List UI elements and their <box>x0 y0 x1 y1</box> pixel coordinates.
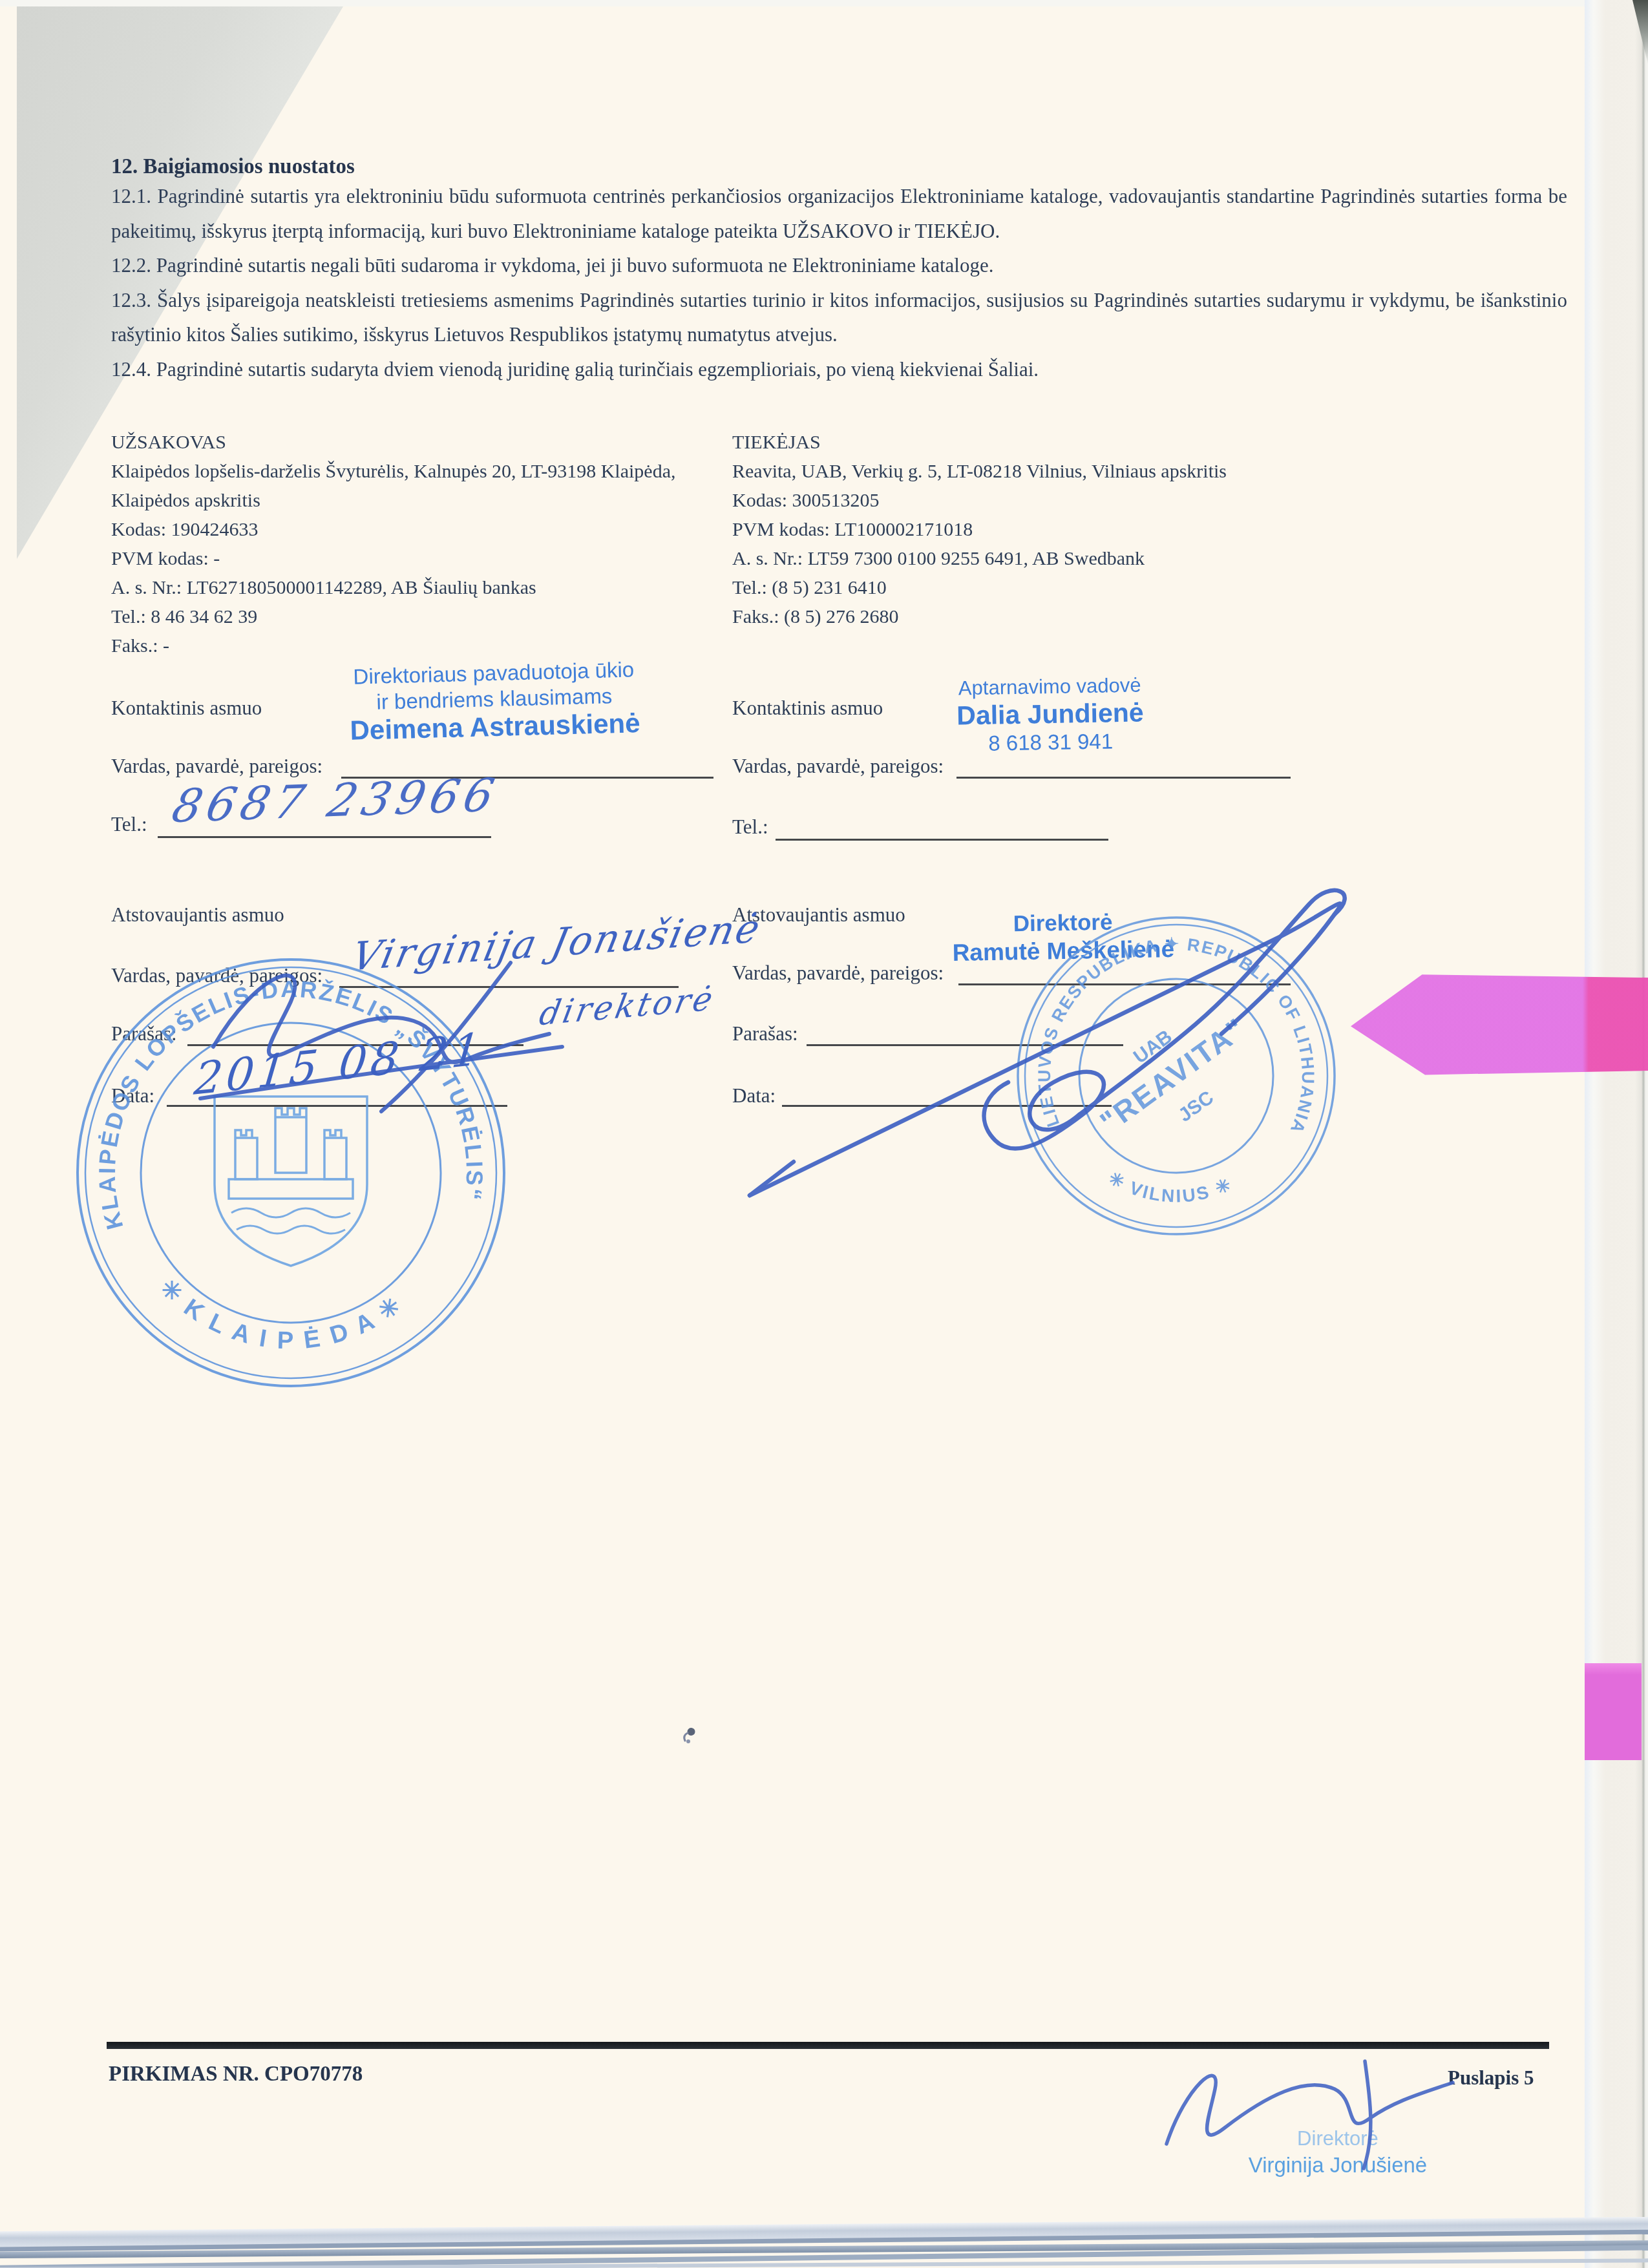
party-line: PVM kodas: LT100002171018 <box>732 515 1379 544</box>
party-line: Klaipėdos lopšelis-darželis Švyturėlis, … <box>111 457 732 486</box>
field-line-tel-right <box>776 839 1108 841</box>
scanned-contract-page: 12. Baigiamosios nuostatos 12.1. Pagrind… <box>0 0 1648 2268</box>
label-contact-person-right: Kontaktinis asmuo <box>732 697 883 720</box>
party-line: A. s. Nr.: LT627180500001142289, AB Šiau… <box>111 573 732 602</box>
footer-signature-scribble <box>1150 2047 1474 2176</box>
stamp-phone: 8 618 31 941 <box>937 727 1164 758</box>
party-line: Reavita, UAB, Verkių g. 5, LT-08218 Viln… <box>732 457 1379 486</box>
paragraph-12-1: 12.1. Pagrindinė sutartis yra elektronin… <box>111 179 1567 248</box>
stamp-line: Aptarnavimo vadovė <box>936 673 1163 701</box>
stamp-name: Dalia Jundienė <box>937 697 1164 731</box>
label-tel-left: Tel.: <box>111 813 147 836</box>
paragraph-12-3: 12.3. Šalys įsipareigoja neatskleisti tr… <box>111 283 1567 352</box>
party-tiekejas: TIEKĖJAS Reavita, UAB, Verkių g. 5, LT-0… <box>732 428 1379 631</box>
label-representative-left: Atstovaujantis asmuo <box>111 903 284 927</box>
field-line-name-right <box>956 777 1291 779</box>
party-line: Tel.: (8 5) 231 6410 <box>732 573 1379 602</box>
party-line: Klaipėdos apskritis <box>111 486 732 515</box>
page-edge-strip <box>1585 0 1648 2268</box>
party-line: Kodas: 300513205 <box>732 486 1379 515</box>
party-title: UŽSAKOVAS <box>111 428 732 457</box>
handwritten-phone: 8687 23966 <box>167 768 503 833</box>
stamp-contact-left: Direktoriaus pavaduotoja ūkio ir bendrie… <box>332 656 657 746</box>
purchase-number: PIRKIMAS NR. CPO70778 <box>109 2063 363 2086</box>
stamp-contact-right: Aptarnavimo vadovė Dalia Jundienė 8 618 … <box>936 673 1164 758</box>
field-line-tel-left <box>158 836 491 838</box>
party-line: A. s. Nr.: LT59 7300 0100 9255 6491, AB … <box>732 544 1379 573</box>
pink-arrow-tab <box>1351 972 1648 1076</box>
section-heading: 12. Baigiamosios nuostatos <box>111 155 1567 179</box>
signature-scribble-left <box>162 950 575 1131</box>
party-title: TIEKĖJAS <box>732 428 1379 457</box>
paragraph-12-4: 12.4. Pagrindinė sutartis sudaryta dviem… <box>111 352 1567 387</box>
paragraph-12-2: 12.2. Pagrindinė sutartis negali būti su… <box>111 248 1567 283</box>
section-12: 12. Baigiamosios nuostatos 12.1. Pagrind… <box>111 155 1567 386</box>
label-name-role-left1: Vardas, pavardė, pareigos: <box>111 755 322 778</box>
party-line: PVM kodas: - <box>111 544 732 573</box>
scan-streaks <box>0 2210 1648 2268</box>
label-tel-right: Tel.: <box>732 815 768 839</box>
ink-speck <box>680 1724 699 1746</box>
signature-scribble-right <box>730 879 1364 1215</box>
page-top-margin <box>0 0 1648 6</box>
pink-rect-tab <box>1585 1663 1642 1760</box>
party-line: Faks.: (8 5) 276 2680 <box>732 602 1379 631</box>
label-contact-person-left: Kontaktinis asmuo <box>111 697 262 720</box>
party-line: Tel.: 8 46 34 62 39 <box>111 602 732 631</box>
party-uzsakovas: UŽSAKOVAS Klaipėdos lopšelis-darželis Šv… <box>111 428 732 660</box>
label-name-role-right1: Vardas, pavardė, pareigos: <box>732 755 944 778</box>
party-line: Kodas: 190424633 <box>111 515 732 544</box>
